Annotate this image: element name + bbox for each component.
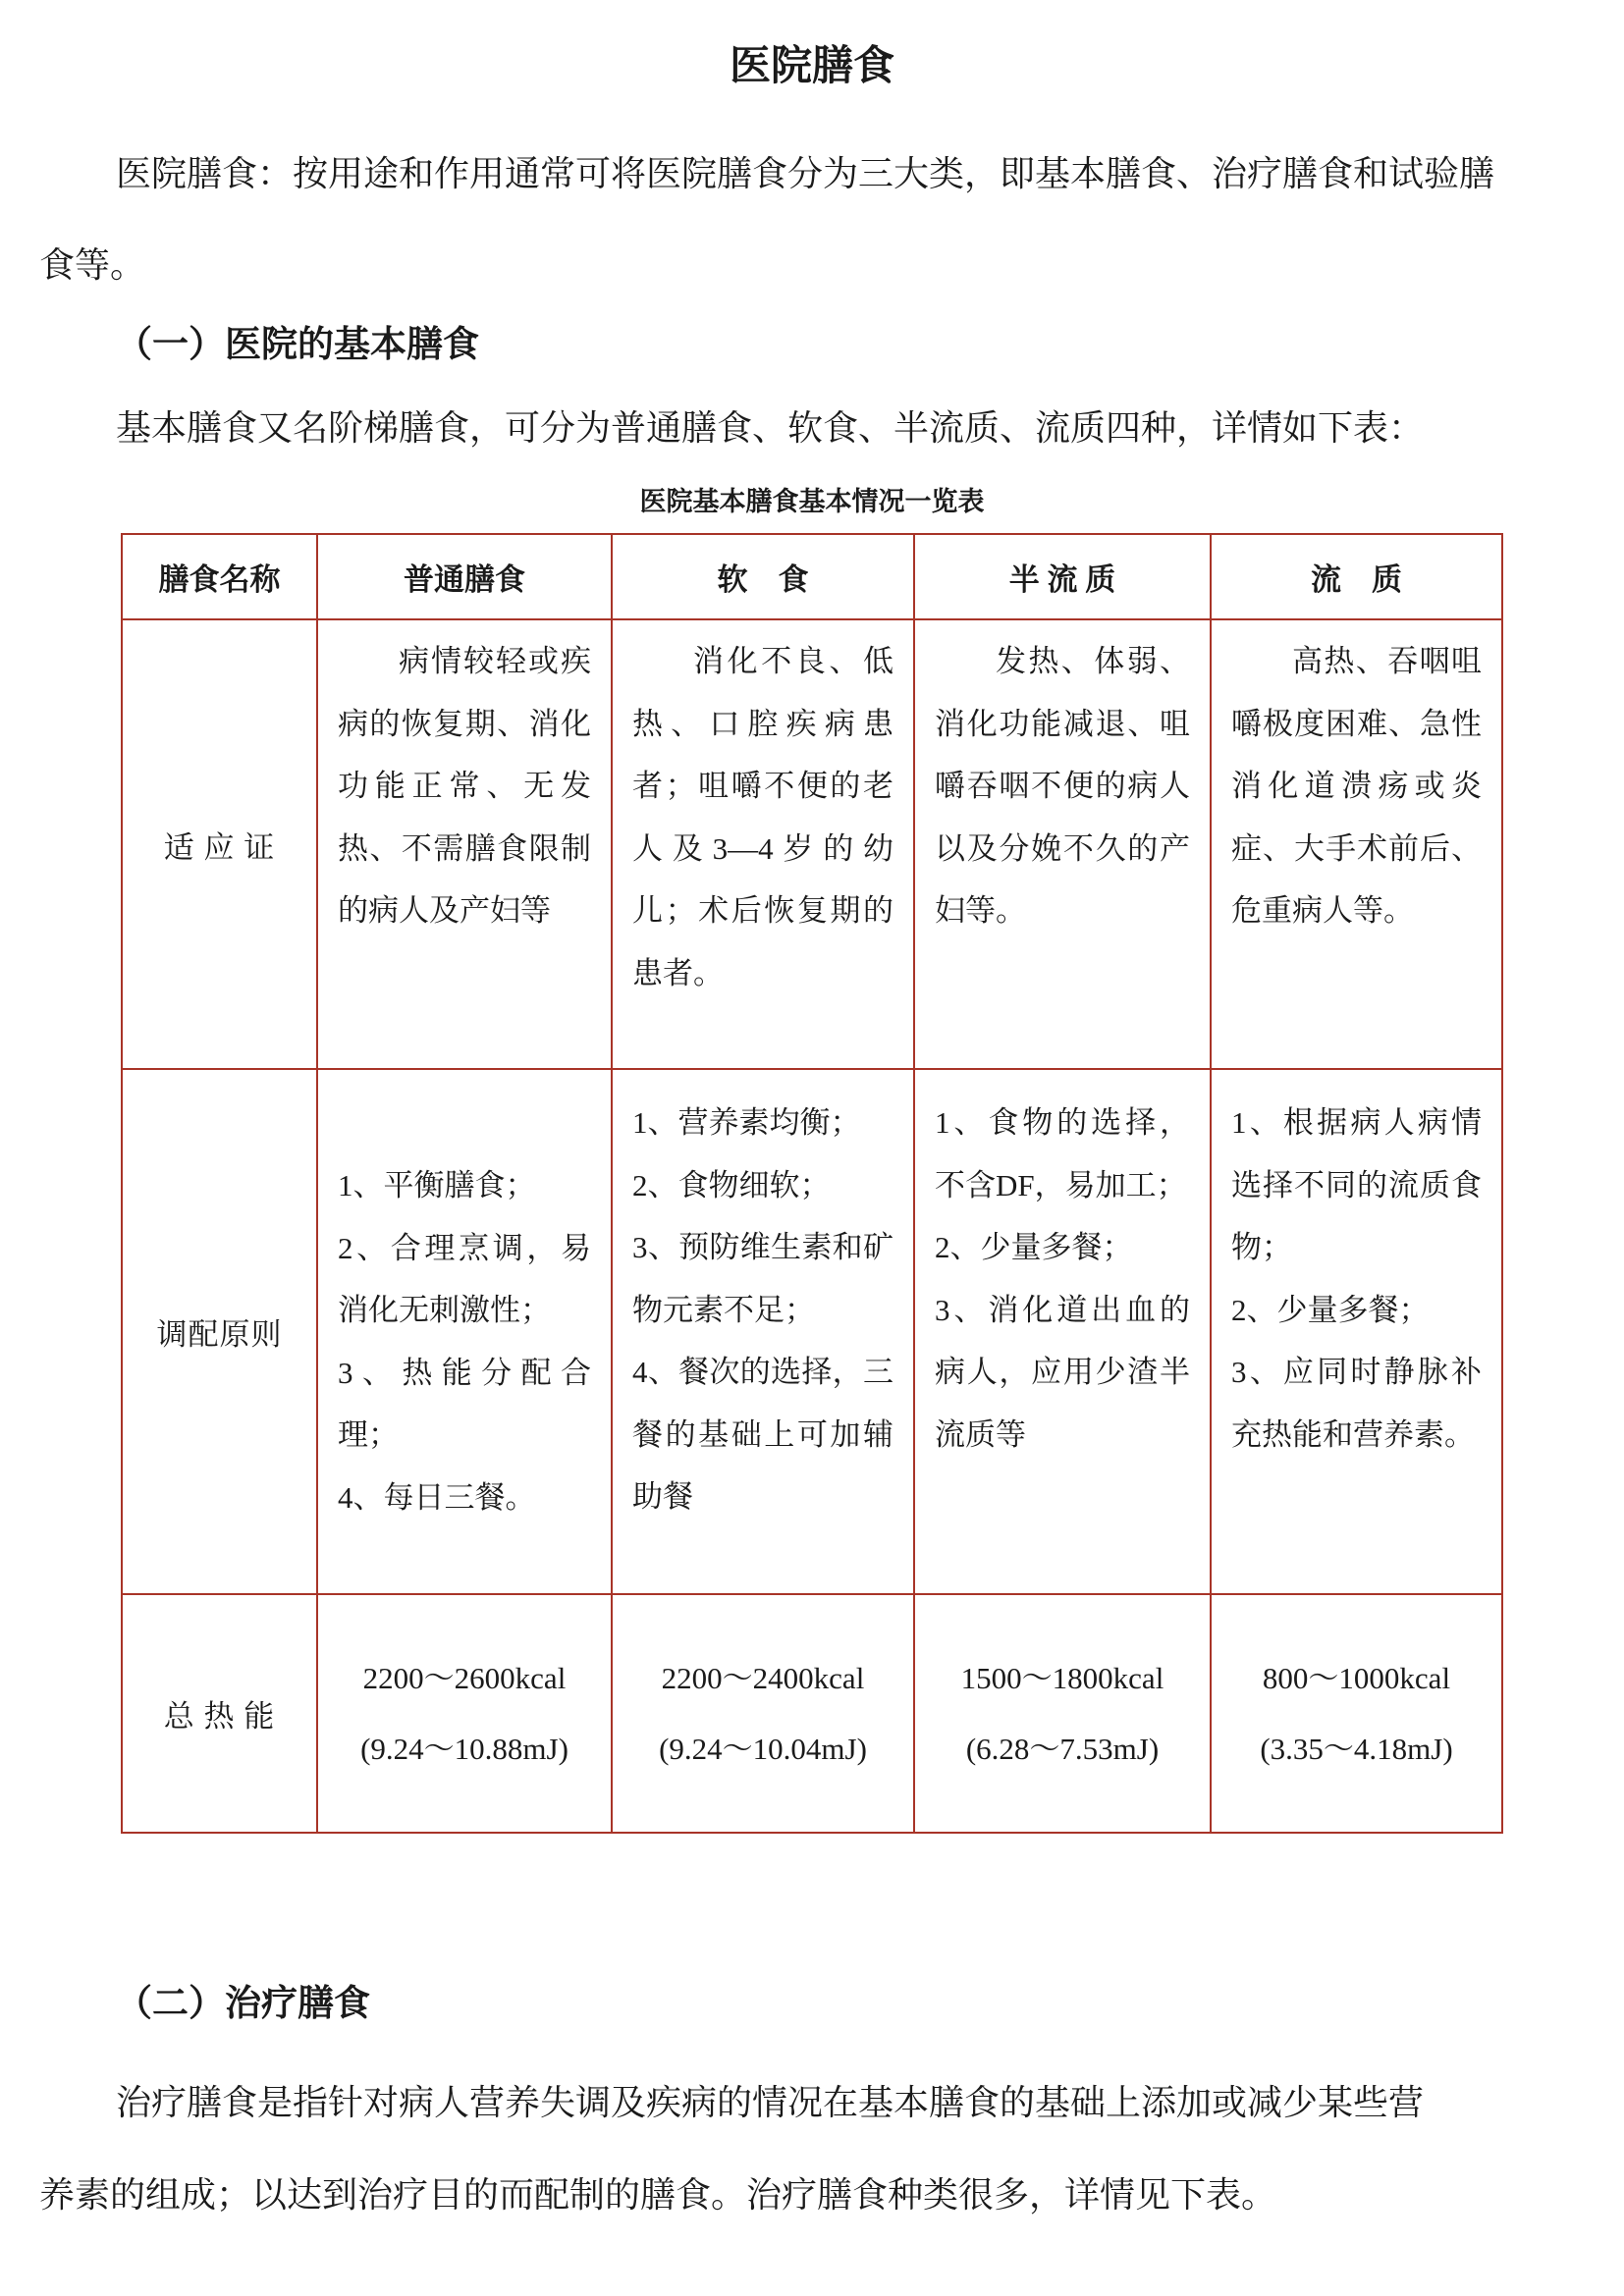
principles-semi-liquid: 1、食物的选择，不含DF，易加工； 2、少量多餐； 3、消化道出血的病人，应用少… xyxy=(914,1069,1211,1594)
section2-paragraph: 治疗膳食是指针对病人营养失调及疾病的情况在基本膳食的基础上添加或减少某些营养素的… xyxy=(39,2057,1585,2241)
col-header-soft: 软 食 xyxy=(612,534,914,619)
table-row-indications: 适 应 证 病情较轻或疾病的恢复期、消化功能正常、无发热、不需膳食限制的病人及产… xyxy=(122,619,1502,1069)
indications-liquid: 高热、吞咽咀嚼极度困难、急性消化道溃疡或炎症、大手术前后、危重病人等。 xyxy=(1211,619,1502,1069)
page-title: 医院膳食 xyxy=(39,41,1585,93)
indications-general: 病情较轻或疾病的恢复期、消化功能正常、无发热、不需膳食限制的病人及产妇等 xyxy=(317,619,612,1069)
energy-semi-liquid: 1500～1800kcal (6.28～7.53mJ) xyxy=(914,1594,1211,1833)
energy-soft: 2200～2400kcal (9.24～10.04mJ) xyxy=(612,1594,914,1833)
row-label-indications: 适 应 证 xyxy=(122,619,317,1069)
energy-liquid: 800～1000kcal (3.35～4.18mJ) xyxy=(1211,1594,1502,1833)
col-header-general: 普通膳食 xyxy=(317,534,612,619)
indications-soft: 消化不良、低热、口腔疾病患者；咀嚼不便的老人及3—4岁的幼儿；术后恢复期的患者。 xyxy=(612,619,914,1069)
table-caption: 医院基本膳食基本情况一览表 xyxy=(39,484,1585,521)
table-header-row: 膳食名称 普通膳食 软 食 半 流 质 流 质 xyxy=(122,534,1502,619)
basic-diet-table: 膳食名称 普通膳食 软 食 半 流 质 流 质 适 应 证 病情较轻或疾病的恢复… xyxy=(121,533,1503,1834)
principles-general: 1、平衡膳食； 2、合理烹调，易消化无刺激性； 3、热能分配合理； 4、每日三餐… xyxy=(317,1069,612,1594)
table-row-energy: 总 热 能 2200～2600kcal (9.24～10.88mJ) 2200～… xyxy=(122,1594,1502,1833)
row-label-energy: 总 热 能 xyxy=(122,1594,317,1833)
indications-semi-liquid: 发热、体弱、消化功能减退、咀嚼吞咽不便的病人以及分娩不久的产妇等。 xyxy=(914,619,1211,1069)
section1-heading: （一）医院的基本膳食 xyxy=(116,322,1585,369)
section1-intro: 基本膳食又名阶梯膳食，可分为普通膳食、软食、半流质、流质四种，详情如下表： xyxy=(39,383,1585,475)
document-page: 医院膳食 医院膳食：按用途和作用通常可将医院膳食分为三大类，即基本膳食、治疗膳食… xyxy=(0,0,1624,2241)
col-header-diet-name: 膳食名称 xyxy=(122,534,317,619)
col-header-semi-liquid: 半 流 质 xyxy=(914,534,1211,619)
col-header-liquid: 流 质 xyxy=(1211,534,1502,619)
table-row-principles: 调配原则 1、平衡膳食； 2、合理烹调，易消化无刺激性； 3、热能分配合理； 4… xyxy=(122,1069,1502,1594)
principles-liquid: 1、根据病人病情选择不同的流质食物； 2、少量多餐； 3、应同时静脉补充热能和营… xyxy=(1211,1069,1502,1594)
intro-paragraph: 医院膳食：按用途和作用通常可将医院膳食分为三大类，即基本膳食、治疗膳食和试验膳食… xyxy=(39,129,1585,312)
energy-general: 2200～2600kcal (9.24～10.88mJ) xyxy=(317,1594,612,1833)
principles-soft: 1、营养素均衡； 2、食物细软； 3、预防维生素和矿物元素不足； 4、餐次的选择… xyxy=(612,1069,914,1594)
row-label-principles: 调配原则 xyxy=(122,1069,317,1594)
section2-heading: （二）治疗膳食 xyxy=(116,1981,1585,2028)
